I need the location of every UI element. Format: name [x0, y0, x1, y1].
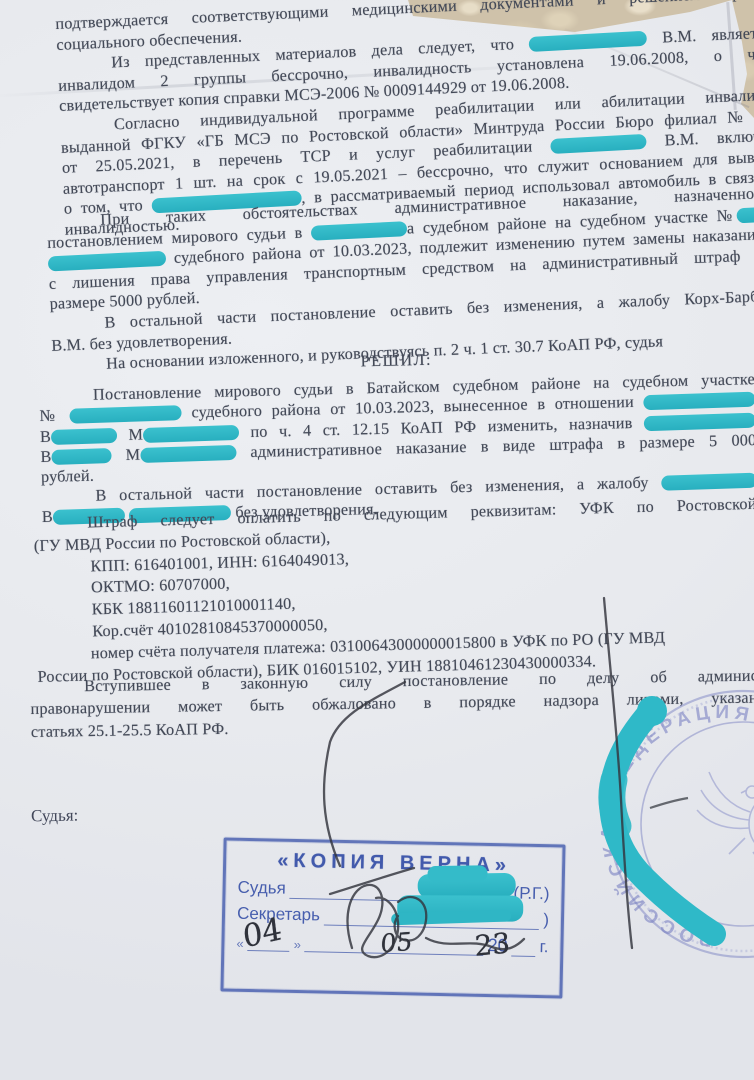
redaction-mark [643, 392, 754, 411]
date-year-suffix: г. [539, 937, 548, 957]
text-run: В.М. является [647, 24, 754, 48]
redaction-mark [140, 445, 236, 463]
judge-signature-label: Судья: [31, 806, 79, 827]
redaction-mark [550, 134, 647, 154]
copy-verna-stamp: «КОПИЯ ВЕРНА» Судья (Р.Г.) Секретарь ) «… [220, 837, 565, 998]
text-run: ОКТМО: 60707000, [91, 575, 230, 597]
text-run: В [40, 448, 51, 466]
redaction-mark [644, 412, 754, 431]
text-run: В.М. включен [646, 127, 754, 151]
text-run: РЕШИЛ: [360, 351, 432, 371]
redaction-mark [736, 207, 754, 223]
redaction-mark [397, 895, 523, 921]
redaction-mark [51, 448, 111, 465]
stamp-title: «КОПИЯ ВЕРНА» [226, 848, 562, 878]
stamp-secretary-paren: ) [543, 910, 549, 930]
paragraph-group: Штраф следует оплатить по следующим рекв… [33, 494, 754, 688]
redaction-mark [51, 427, 117, 444]
text-run: № [39, 407, 70, 426]
text-run: Кор.счёт 40102810845370000050, [92, 616, 328, 641]
redaction-mark [311, 221, 408, 241]
stamp-judge-label: Судья [237, 878, 286, 899]
text-run: М [117, 425, 143, 444]
text-run: рублей. [41, 467, 94, 486]
text-run: КБК 18811601121010001140, [91, 595, 295, 619]
text-run: М [111, 445, 140, 464]
paragraph-group: Вступившее в законную силу постановление… [30, 665, 747, 743]
photo-of-court-document: подтверждается соответствующими медицинс… [0, 0, 754, 1080]
handwritten-month: 05 [379, 927, 413, 958]
text-run: статьях 25.1-25.5 КоАП РФ. [31, 720, 229, 741]
redaction-mark [661, 473, 754, 491]
redaction-mark [143, 424, 239, 442]
text-run: В [40, 427, 51, 445]
redaction-mark [48, 251, 167, 272]
date-year-line [511, 939, 535, 956]
date-quote-close: » [294, 937, 302, 952]
handwritten-year: 23 [474, 926, 510, 963]
redaction-mark [70, 406, 182, 425]
